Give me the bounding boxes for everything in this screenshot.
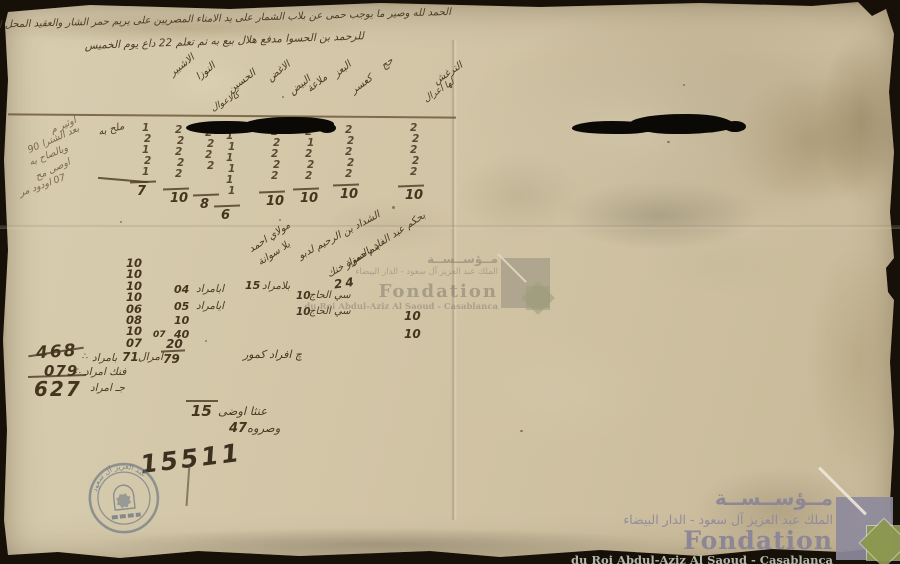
tally-sum-line [193, 194, 219, 196]
fraction-small: 07 [153, 330, 166, 340]
stamp-rim-text: عبد العزيز آل سعود [87, 459, 150, 493]
totals-line1-mark: ∴ [82, 352, 88, 362]
ink-speck [392, 206, 395, 209]
tally-sum-line [398, 185, 424, 187]
tally-mark: 1 [142, 166, 149, 178]
watermark-latin-title: Fondation [379, 281, 498, 302]
column-header: الاشبير [168, 52, 197, 78]
tally-total: 10 [405, 188, 423, 203]
column-header: كعسر [349, 73, 375, 96]
column-header: حج [379, 55, 396, 71]
ink-speck [683, 84, 685, 86]
watermark-arabic-subtitle: الملك عبد العزيز آل سعود - الدار البيضاء [623, 512, 833, 527]
note2-num: 47 [229, 421, 247, 436]
totals-line3-word: جـ امراد [90, 382, 125, 394]
mid-col-b-num: 10 [174, 314, 189, 327]
tally-sum-line [163, 188, 189, 190]
tally-total: 10 [300, 191, 318, 206]
tally-mark: 2 [345, 168, 352, 180]
totals-line1-word: بامراد [92, 352, 117, 364]
watermark-arabic-subtitle: الملك عبد العزيز آل سعود - الدار البيضاء [355, 267, 498, 277]
watermark-arabic-title: مــؤســســة [715, 486, 833, 510]
redaction-mark [724, 121, 746, 132]
ink-speck [120, 221, 122, 223]
watermark-latin-subtitle: du Roi Abdul-Aziz Al Saoud - Casablanca [304, 302, 498, 312]
redaction-mark [318, 123, 336, 133]
tally-total: 10 [340, 187, 358, 202]
column-header: الحسين [226, 68, 258, 96]
mid-col-a-value: 07 [126, 336, 142, 350]
mid-col-b-num: 05 [174, 300, 189, 313]
note1-num: 15 [191, 402, 212, 420]
tally-sum-line [293, 188, 319, 190]
note2-word: وصروه [247, 421, 280, 435]
watermark-latin-subtitle: du Roi Abdul-Aziz Al Saoud - Casablanca [571, 553, 833, 564]
totals-line1-midword: امرال [138, 351, 163, 363]
tally-mark: 1 [228, 185, 235, 197]
tally-total: 6 [221, 208, 230, 223]
watermark-center: مــؤســســة الملك عبد العزيز آل سعود - ا… [368, 246, 564, 318]
library-stamp: عبد العزيز آل سعود [82, 455, 168, 543]
column-header: النوزا [194, 61, 218, 83]
tally-mark: 2 [207, 160, 214, 172]
ink-speck [205, 340, 207, 342]
column-header: ملاعة [305, 72, 330, 95]
tally-total: 10 [266, 194, 284, 209]
column-header: كالاعوال [209, 90, 241, 113]
totals-line1-lead: چ افراد كمور [243, 348, 302, 361]
totals-line1-midnum: 71 [122, 350, 139, 364]
fraction-bottom: 79 [163, 352, 180, 366]
totals-line2-word: فنك امراد [84, 366, 126, 378]
tally-sum-line [259, 191, 285, 193]
scanned-document-photo: الحمد لله وصير ما يوجب حمى عن بلاب الشما… [0, 0, 900, 564]
tally-total: 8 [200, 197, 209, 212]
mid-col-b-num: 04 [174, 283, 189, 296]
redaction-mark [630, 114, 734, 134]
totals-line3-value: 627 [34, 377, 82, 401]
tally-mark: 2 [305, 170, 312, 182]
stamp-star-rosette [116, 493, 132, 509]
ink-speck [282, 96, 284, 98]
mid-col-b-word: ابامراد [196, 283, 224, 295]
mid-line-word: بلامراد [262, 280, 290, 292]
tally-total: 10 [170, 191, 188, 206]
watermark-bottom-right: مــؤســســة الملك عبد العزيز آل سعود - ا… [600, 478, 900, 564]
tally-mark: 2 [410, 166, 417, 178]
column-header: البعز [332, 59, 354, 79]
column-header: الاغض [265, 59, 292, 84]
ink-speck [520, 430, 523, 432]
ink-speck [667, 141, 670, 143]
note1-word: عنثا اوضى [218, 404, 267, 418]
watermark-latin-title: Fondation [683, 526, 833, 555]
svg-text:عبد العزيز آل سعود: عبد العزيز آل سعود [87, 459, 150, 493]
ink-speck [279, 219, 281, 221]
tally-sum-line-extended [98, 177, 148, 183]
mid-row-word: سي الحاج [309, 290, 351, 301]
mid-col-c-value: 10 [404, 327, 421, 341]
tally-sum-line [214, 205, 240, 207]
tally-mark: 2 [271, 170, 278, 182]
tally-total: 7 [137, 184, 146, 199]
tally-sum-line [333, 184, 359, 186]
tally-mark: 2 [175, 168, 182, 180]
watermark-arabic-title: مــؤســســة [427, 252, 498, 266]
mid-line-num: 15 [245, 279, 260, 292]
mid-col-b-word: ايامراد [196, 300, 224, 312]
stamp-bar [112, 512, 141, 519]
